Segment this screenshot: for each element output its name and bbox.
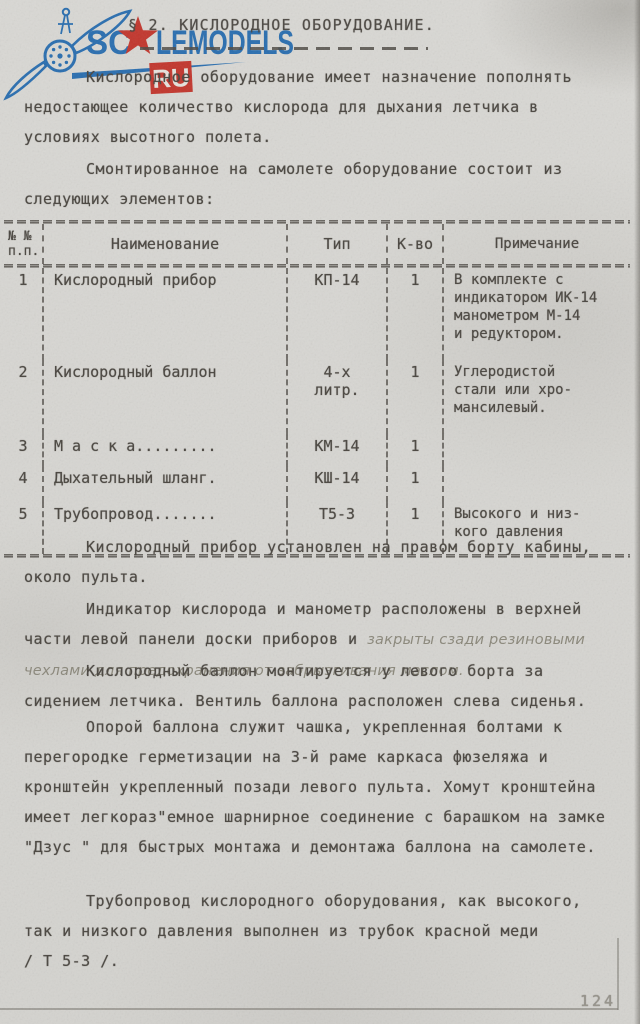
cell-num: 2 xyxy=(4,360,44,434)
cell-type: 4-х литр. xyxy=(288,360,388,434)
cell-qty: 1 xyxy=(388,434,444,466)
paragraph-body-1: Кислородный прибор установлен на правом … xyxy=(24,532,606,592)
header-type: Тип xyxy=(288,224,388,264)
cell-qty: 1 xyxy=(388,360,444,434)
paragraph-body-5: Трубопровод кислородного оборудования, к… xyxy=(24,886,606,976)
header-qty: К-во xyxy=(388,224,444,264)
header-name: Наименование xyxy=(44,224,288,264)
cell-num: 1 xyxy=(4,268,44,360)
cell-name: Кислородный прибор xyxy=(44,268,288,360)
table-border-top xyxy=(4,220,630,224)
cell-type: КП-14 xyxy=(288,268,388,360)
paragraph-intro-2: Смонтированное на самолете оборудование … xyxy=(24,154,606,214)
brand-sc: SC xyxy=(86,24,132,62)
cell-note xyxy=(444,434,630,466)
cell-name: Кислородный баллон xyxy=(44,360,288,434)
section-title: § 2. КИСЛОРОДНОЕ ОБОРУДОВАНИЕ. xyxy=(128,14,435,36)
paragraph-body-4: Опорой баллона служит чашка, укрепленная… xyxy=(24,712,606,862)
title-underline xyxy=(140,47,428,50)
scan-right-edge xyxy=(634,0,640,1024)
cell-type: КМ-14 xyxy=(288,434,388,466)
cell-note: В комплекте с индикатором ИК-14 манометр… xyxy=(444,268,630,360)
equipment-table: № № п.п. Наименование Тип К-во Примечани… xyxy=(4,220,630,558)
page-frame-right xyxy=(617,938,619,1010)
cell-note xyxy=(444,466,630,502)
header-num: № № п.п. xyxy=(4,224,44,264)
header-note: Примечание xyxy=(444,224,630,264)
page-number: 124 xyxy=(580,992,616,1010)
paragraph-body-3: Кислородный баллон монтируется у левого … xyxy=(24,656,606,716)
cell-name: Дыхательный шланг. xyxy=(44,466,288,502)
table-row: 3 М а с к а......... КМ-14 1 xyxy=(4,434,630,466)
page-frame-bottom xyxy=(0,1008,618,1010)
cell-num: 4 xyxy=(4,466,44,502)
paragraph-intro-1: Кислородное оборудование имеет назначени… xyxy=(24,62,606,152)
cell-qty: 1 xyxy=(388,268,444,360)
table-row: 1 Кислородный прибор КП-14 1 В комплекте… xyxy=(4,268,630,360)
cell-name: М а с к а......... xyxy=(44,434,288,466)
table-row: 4 Дыхательный шланг. КШ-14 1 xyxy=(4,466,630,502)
cell-note: Углеродистой стали или хро- мансилевый. xyxy=(444,360,630,434)
table-row: 2 Кислородный баллон 4-х литр. 1 Углерод… xyxy=(4,360,630,434)
cell-num: 3 xyxy=(4,434,44,466)
cell-type: КШ-14 xyxy=(288,466,388,502)
table-header-row: № № п.п. Наименование Тип К-во Примечани… xyxy=(4,224,630,264)
table-header-divider xyxy=(4,264,630,268)
scanned-document-page: SC LEMODELS RU § 2. КИСЛОРОДНОЕ ОБОРУДОВ… xyxy=(0,0,640,1024)
cell-qty: 1 xyxy=(388,466,444,502)
